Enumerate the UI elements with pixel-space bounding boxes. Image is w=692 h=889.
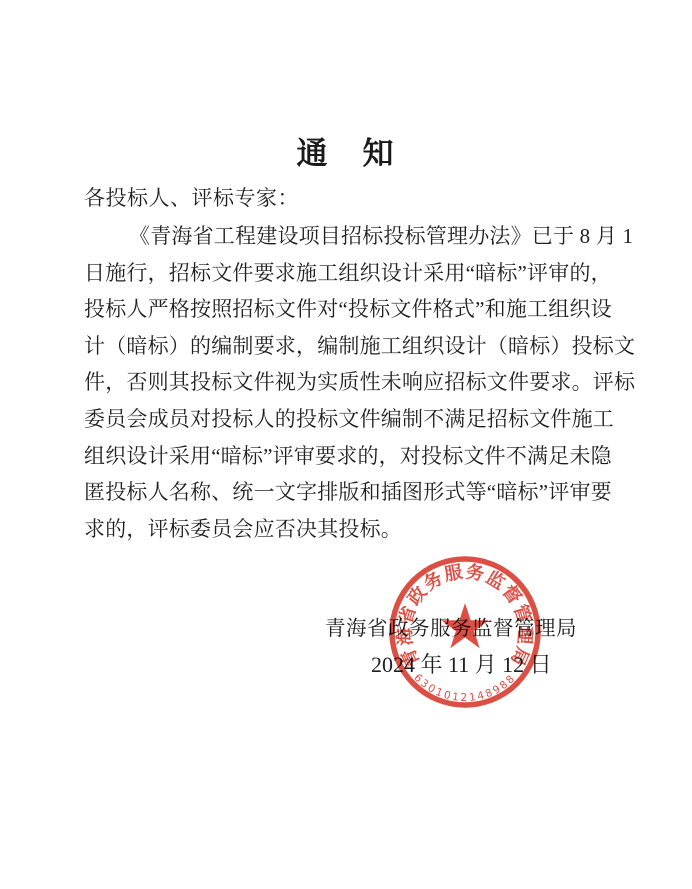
body-line: 组织设计采用“暗标”评审要求的，对投标文件不满足未隐 [84,438,608,475]
body-line: 委员会成员对投标人的投标文件编制不满足招标文件施工 [84,401,608,438]
body-line: 投标人严格按照招标文件对“投标文件格式”和施工组织设 [84,291,608,328]
body-line: 件，否则其投标文件视为实质性未响应招标文件要求。评标 [84,364,608,401]
body-line: 求的，评标委员会应否决其投标。 [84,511,608,548]
signature-line: 青海省政务服务监督管理局 [325,611,577,641]
notice-body: 《青海省工程建设项目招标投标管理办法》已于 8 月 1 日施行，招标文件要求施工… [84,218,608,547]
date-line: 2024 年 11 月 12 日 [371,648,552,679]
body-line: 《青海省工程建设项目招标投标管理办法》已于 8 月 1 [84,218,608,255]
body-line: 计（暗标）的编制要求，编制施工组织设计（暗标）投标文 [84,328,608,365]
salutation: 各投标人、评标专家： [84,182,299,212]
body-line: 日施行，招标文件要求施工组织设计采用“暗标”评审的， [84,255,608,292]
notice-document: 通 知 各投标人、评标专家： 《青海省工程建设项目招标投标管理办法》已于 8 月… [0,0,692,889]
notice-title: 通 知 [0,128,692,173]
body-line: 匿投标人名称、统一文字排版和插图形式等“暗标”评审要 [84,474,608,511]
